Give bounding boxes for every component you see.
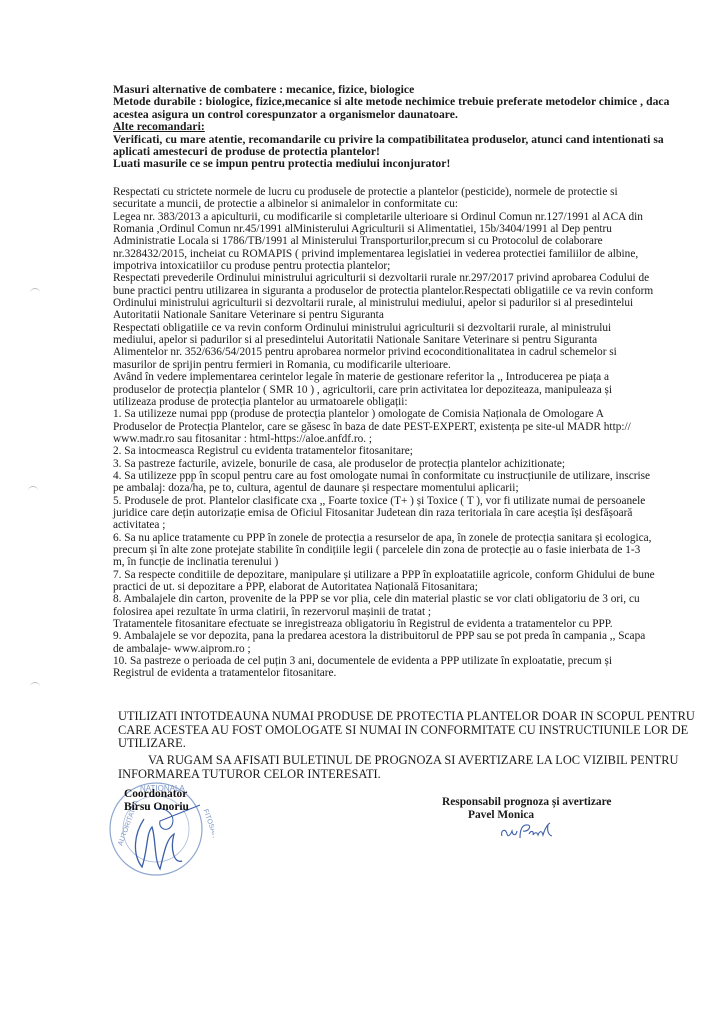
request-line: VA RUGAM SA AFISATI BULETINUL DE PROGNOZ… — [118, 754, 638, 768]
display-request: VA RUGAM SA AFISATI BULETINUL DE PROGNOZ… — [118, 754, 638, 781]
body-line: masurilor de sprijin pentru fermieri in … — [113, 359, 633, 371]
body-line: Alimentelor nr. 352/636/54/2015 pentru a… — [113, 346, 633, 358]
body-line: bune practici pentru utilizarea in sigur… — [113, 285, 633, 297]
obligation-6-cont: precum și în alte zone protejate stabili… — [113, 544, 633, 556]
obligation-5-cont: activitatea ; — [113, 519, 633, 531]
obligation-9: 9. Ambalajele se vor depozita, pana la p… — [113, 630, 633, 642]
warning-line: CARE ACESTEA AU FOST OMOLOGATE SI NUMAI … — [118, 724, 638, 738]
intro-line: Metode durabile : biologice, fizice,meca… — [113, 96, 633, 108]
coordinator-title: Coordonator — [124, 788, 189, 801]
obligation-3: 3. Sa pastreze facturile, avizele, bonur… — [113, 458, 633, 470]
obligation-1-links[interactable]: www.madr.ro sau fitosanitar : html-https… — [113, 433, 633, 445]
body-line: Administratie Locala si 1786/TB/1991 al … — [113, 235, 633, 247]
obligation-8: 8. Ambalajele din carton, provenite de l… — [113, 593, 633, 605]
body-line: impotriva intoxicatiilor cu produse pent… — [113, 260, 633, 272]
obligation-10: 10. Sa pastreze o perioada de cel puțin … — [113, 655, 633, 667]
obligation-6-cont: m, în funcție de inclinatia terenului ) — [113, 556, 633, 568]
body-line: Respectati obligatiile ce va revin confo… — [113, 322, 633, 334]
obligation-2: 2. Sa intocmeasca Registrul cu evidenta … — [113, 445, 633, 457]
body-line: nr.328432/2015, incheiat cu ROMAPIS ( pr… — [113, 248, 633, 260]
usage-warning: UTILIZATI INTOTDEAUNA NUMAI PRODUSE DE P… — [118, 710, 638, 751]
intro-section: Masuri alternative de combatere : mecani… — [113, 84, 633, 171]
obligation-1-cont: Produselor de Protecția Plantelor, care … — [113, 421, 633, 433]
body-line: produselor de protecția plantelor ( SMR … — [113, 384, 633, 396]
obligation-4-cont: pe ambalaj: doza/ha, pe to, cultura, age… — [113, 482, 633, 494]
coordinator-signature-block: Coordonator Birsu Onoriu — [124, 788, 189, 814]
body-line: Având în vedere implementarea cerintelor… — [113, 371, 633, 383]
regulations-section: Respectati cu strictete normele de lucru… — [113, 186, 633, 680]
obligation-5-cont: juridice care dețin autorizație emisa de… — [113, 507, 633, 519]
handwritten-signature-icon — [498, 820, 558, 842]
body-line: Romania ,Ordinul Comun nr.45/1991 alMini… — [113, 223, 633, 235]
section-heading-alte-recomandari: Alte recomandari: — [113, 121, 633, 133]
margin-mark — [30, 288, 40, 297]
responsible-title: Responsabil prognoza și avertizare — [442, 796, 612, 809]
margin-mark — [28, 486, 38, 495]
margin-mark — [30, 682, 40, 691]
obligation-4: 4. Sa utilizeze ppp în scopul pentru car… — [113, 470, 633, 482]
svg-text:FITOSANITARA: FITOSANITARA — [201, 808, 214, 858]
body-line: securitate a muncii, de protectie a albi… — [113, 198, 633, 210]
warning-line: UTILIZATI INTOTDEAUNA NUMAI PRODUSE DE P… — [118, 710, 638, 724]
obligation-7-cont: practici de ut. si depozitare a PPP, ela… — [113, 581, 633, 593]
body-line: Respectati prevederile Ordinului ministr… — [113, 272, 633, 284]
obligation-9-link[interactable]: de ambalaje- www.aiprom.ro ; — [113, 643, 633, 655]
coordinator-name: Birsu Onoriu — [124, 801, 189, 814]
document-page: Masuri alternative de combatere : mecani… — [0, 0, 723, 1024]
obligation-10-cont: Registrul de evidenta a tratamentelor fi… — [113, 667, 633, 679]
responsible-signature-block: Responsabil prognoza și avertizare Pavel… — [442, 796, 612, 822]
obligation-6: 6. Sa nu aplice tratamente cu PPP în zon… — [113, 532, 633, 544]
body-line: Ordinului ministrului agriculturii si de… — [113, 297, 633, 309]
body-line: Legea nr. 383/2013 a apiculturii, cu mod… — [113, 211, 633, 223]
warning-line: UTILIZARE. — [118, 737, 638, 751]
obligation-8-cont: folosirea apei rezultate în urma clatiri… — [113, 606, 633, 618]
obligation-1: 1. Sa utilizeze numai ppp (produse de pr… — [113, 408, 633, 420]
body-line: utilizeaza produse de protecția plantelo… — [113, 396, 633, 408]
body-line: Tratamentele fitosanitare efectuate se i… — [113, 618, 633, 630]
obligation-5: 5. Produsele de prot. Plantelor clasific… — [113, 495, 633, 507]
body-line: mediului, apelor si padurilor si al pres… — [113, 334, 633, 346]
obligation-7: 7. Sa respecte conditiile de depozitare,… — [113, 569, 633, 581]
body-line: Autoritatii Nationale Sanitare Veterinar… — [113, 309, 633, 321]
body-line: Respectati cu strictete normele de lucru… — [113, 186, 633, 198]
intro-line: Luati masurile ce se impun pentru protec… — [113, 158, 633, 170]
